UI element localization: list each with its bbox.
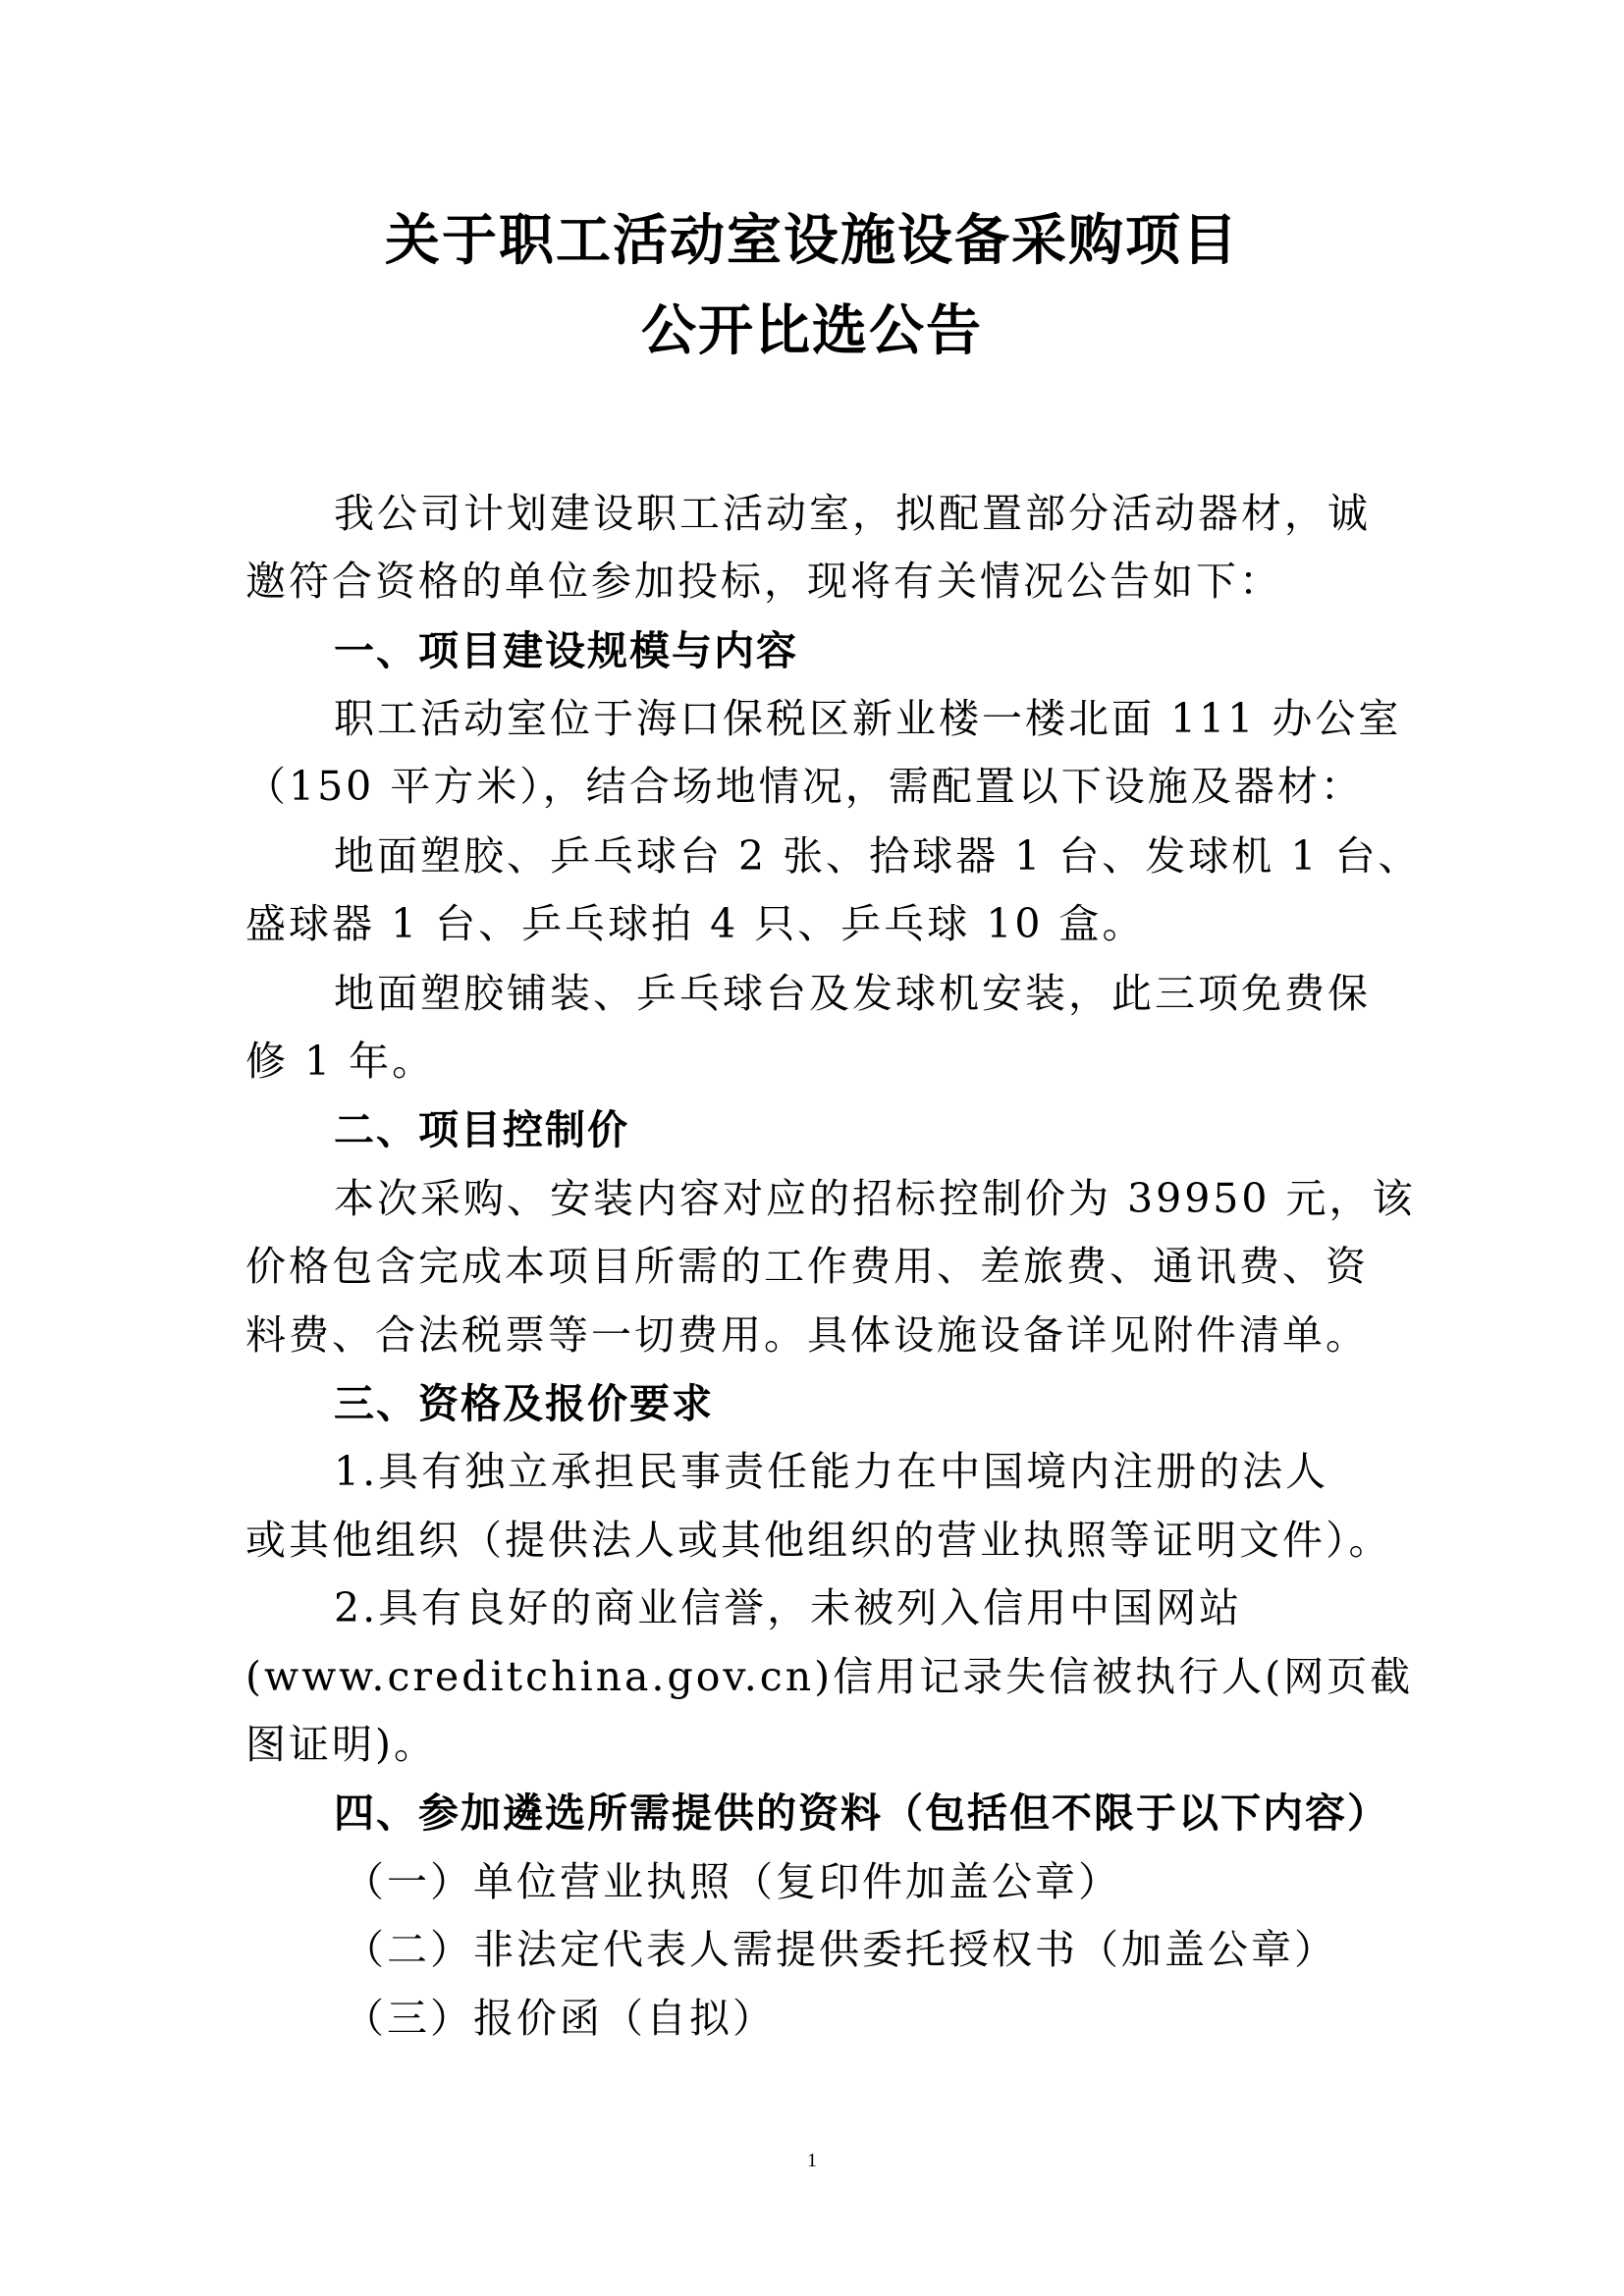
section3-item2-line3: 图证明)。	[245, 1725, 437, 1765]
section2-p1-line2: 价格包含完成本项目所需的工作费用、差旅费、通讯费、资	[245, 1247, 1369, 1287]
section1-p1-line2: （150 平方米），结合场地情况，需配置以下设施及器材：	[245, 767, 1364, 807]
section1-heading: 一、项目建设规模与内容	[334, 631, 798, 671]
section2-p1-line3: 料费、合法税票等一切费用。具体设施设备详见附件清单。	[245, 1315, 1369, 1356]
section3-item1-line2: 或其他组织（提供法人或其他组织的营业执照等证明文件）。	[245, 1521, 1392, 1561]
section2-heading: 二、项目控制价	[334, 1110, 629, 1150]
section3-item2-line1: 2.具有良好的商业信誉，未被列入信用中国网站	[334, 1588, 1242, 1629]
section4-item1: （一）单位营业执照（复印件加盖公章）	[344, 1862, 1121, 1902]
document-page: 关于职工活动室设施设备采购项目 公开比选公告 我公司计划建设职工活动室，拟配置部…	[0, 0, 1624, 2296]
document-title-line2: 公开比选公告	[0, 304, 1624, 359]
intro-line1: 我公司计划建设职工活动室，拟配置部分活动器材，诚	[334, 494, 1371, 534]
section1-p3-line1: 地面塑胶铺装、乒乓球台及发球机安装，此三项免费保	[334, 974, 1371, 1014]
page-number: 1	[0, 2150, 1624, 2172]
section4-item3: （三）报价函（自拟）	[344, 1999, 776, 2039]
section1-p2-line1: 地面塑胶、乒乓球台 2 张、拾球器 1 台、发球机 1 台、	[334, 836, 1421, 877]
intro-line2: 邀符合资格的单位参加投标，现将有关情况公告如下：	[245, 561, 1282, 602]
section2-p1-line1: 本次采购、安装内容对应的招标控制价为 39950 元，该	[334, 1179, 1416, 1219]
section1-p1-line1: 职工活动室位于海口保税区新业楼一楼北面 111 办公室	[334, 699, 1401, 739]
document-title-line1: 关于职工活动室设施设备采购项目	[0, 214, 1624, 269]
section3-item1-line1: 1.具有独立承担民事责任能力在中国境内注册的法人	[334, 1452, 1328, 1492]
section3-heading: 三、资格及报价要求	[334, 1384, 714, 1424]
section4-item2: （二）非法定代表人需提供委托授权书（加盖公章）	[344, 1930, 1337, 1970]
section1-p3-line2: 修 1 年。	[245, 1041, 435, 1082]
section4-heading: 四、参加遴选所需提供的资料（包括但不限于以下内容）	[334, 1793, 1389, 1834]
section3-item2-line2: (www.creditchina.gov.cn)信用记录失信被执行人(网页截	[245, 1657, 1413, 1697]
section1-p2-line2: 盛球器 1 台、乒乓球拍 4 只、乒乓球 10 盒。	[245, 904, 1146, 944]
